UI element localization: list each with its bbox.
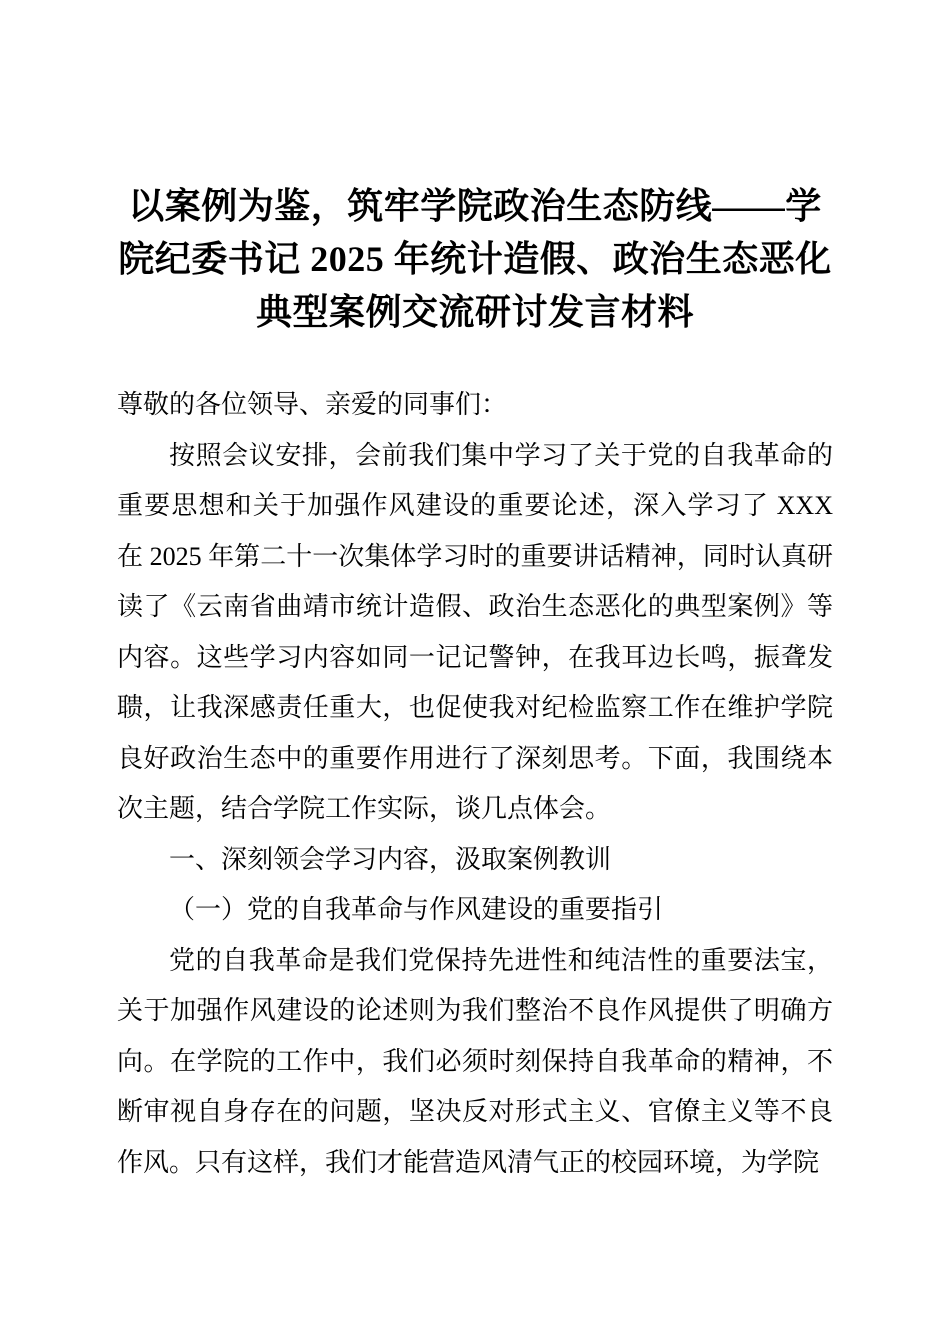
paragraph-intro: 按照会议安排，会前我们集中学习了关于党的自我革命的重要思想和关于加强作风建设的重…: [117, 431, 833, 835]
document-title-line-3: 典型案例交流研讨发言材料: [110, 286, 840, 339]
document-title-line-1: 以案例为鉴，筑牢学院政治生态防线——学: [110, 180, 840, 233]
document-title-line-2: 院纪委书记 2025 年统计造假、政治生态恶化: [110, 233, 840, 286]
document-page: 以案例为鉴，筑牢学院政治生态防线——学 院纪委书记 2025 年统计造假、政治生…: [0, 0, 950, 1344]
subsection-heading-1-1: （一）党的自我革命与作风建设的重要指引: [117, 885, 833, 936]
section-heading-1: 一、深刻领会学习内容，汲取案例教训: [117, 835, 833, 886]
document-title: 以案例为鉴，筑牢学院政治生态防线——学 院纪委书记 2025 年统计造假、政治生…: [110, 0, 840, 339]
salutation: 尊敬的各位领导、亲爱的同事们：: [117, 380, 833, 431]
paragraph-body: 党的自我革命是我们党保持先进性和纯洁性的重要法宝，关于加强作风建设的论述则为我们…: [117, 936, 833, 1189]
document-body: 尊敬的各位领导、亲爱的同事们： 按照会议安排，会前我们集中学习了关于党的自我革命…: [117, 380, 833, 1188]
